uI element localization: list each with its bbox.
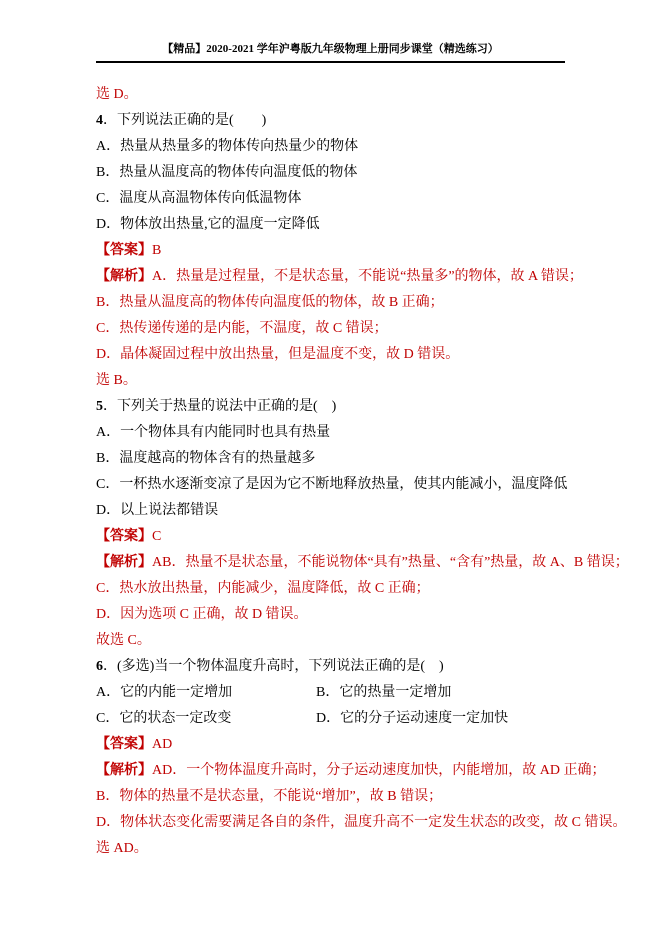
line-text: C．一杯热水逐渐变凉了是因为它不断地释放热量，使其内能减小，温度降低	[96, 477, 567, 492]
question-6-option-d: D．它的分子运动速度一定加快	[316, 711, 508, 726]
answer-value: B	[152, 243, 161, 258]
question-4-option-a: A．热量从热量多的物体传向热量少的物体	[96, 134, 616, 160]
question-6-analysis-b: B．物体的热量不是状态量，不能说“增加”，故 B 错误；	[96, 784, 616, 810]
line-text: ．(多选)当一个物体温度升高时，下列说法正确的是( )	[103, 659, 444, 674]
answer-value: AD	[152, 737, 172, 752]
line-text: B．物体的热量不是状态量，不能说“增加”，故 B 错误；	[96, 789, 442, 804]
header-divider-line	[96, 61, 565, 63]
document-page: 【精品】2020-2021 学年沪粤版九年级物理上册同步课堂（精选练习） 选 D…	[0, 0, 661, 935]
question-6-options-row-cd: C．它的状态一定改变D．它的分子运动速度一定加快	[96, 706, 616, 732]
analysis-label: 【解析】	[96, 269, 152, 284]
line-text: 选 D。	[96, 87, 138, 102]
line-text: ．下列说法正确的是( )	[103, 113, 266, 128]
question-6-final-choice: 选 AD。	[96, 836, 616, 862]
line-text: 选 B。	[96, 373, 137, 388]
question-5-option-d: D．以上说法都错误	[96, 498, 616, 524]
line-text: B．热量从温度高的物体传向温度低的物体，故 B 正确；	[96, 295, 444, 310]
question-5-answer: 【答案】C	[96, 524, 616, 550]
line-text: D．物体放出热量,它的温度一定降低	[96, 217, 320, 232]
question-6-option-a: A．它的内能一定增加	[96, 680, 316, 706]
question-5-analysis-d: D．因为选项 C 正确，故 D 错误。	[96, 602, 616, 628]
question-6-option-c: C．它的状态一定改变	[96, 706, 316, 732]
question-5-final-choice: 故选 C。	[96, 628, 616, 654]
line-text: AB．热量不是状态量，不能说物体“具有”热量、“含有”热量，故 A、B 错误；	[152, 555, 629, 570]
question-4-analysis-b: B．热量从温度高的物体传向温度低的物体，故 B 正确；	[96, 290, 616, 316]
question-5-analysis-ab: 【解析】AB．热量不是状态量，不能说物体“具有”热量、“含有”热量，故 A、B …	[96, 550, 616, 576]
question-6-analysis-ad: 【解析】AD．一个物体温度升高时，分子运动速度加快，内能增加，故 AD 正确；	[96, 758, 616, 784]
question-6-option-b: B．它的热量一定增加	[316, 685, 451, 700]
question-number: 5	[96, 399, 103, 414]
question-6-answer: 【答案】AD	[96, 732, 616, 758]
question-4-option-c: C．温度从高温物体传向低温物体	[96, 186, 616, 212]
answer-choice-line: 选 D。	[96, 82, 616, 108]
line-text: ．下列关于热量的说法中正确的是( )	[103, 399, 336, 414]
question-5-option-b: B．温度越高的物体含有的热量越多	[96, 446, 616, 472]
question-5-option-a: A．一个物体具有内能同时也具有热量	[96, 420, 616, 446]
line-text: B．温度越高的物体含有的热量越多	[96, 451, 315, 466]
line-text: D．物体状态变化需要满足各自的条件，温度升高不一定发生状态的改变，故 C 错误。	[96, 815, 626, 830]
line-text: 故选 C。	[96, 633, 151, 648]
question-6-stem: 6．(多选)当一个物体温度升高时，下列说法正确的是( )	[96, 654, 616, 680]
answer-value: C	[152, 529, 161, 544]
question-4-stem: 4．下列说法正确的是( )	[96, 108, 616, 134]
line-text: A．一个物体具有内能同时也具有热量	[96, 425, 330, 440]
line-text: B．热量从温度高的物体传向温度低的物体	[96, 165, 357, 180]
question-6-analysis-d: D．物体状态变化需要满足各自的条件，温度升高不一定发生状态的改变，故 C 错误。	[96, 810, 616, 836]
question-5-stem: 5．下列关于热量的说法中正确的是( )	[96, 394, 616, 420]
line-text: C．温度从高温物体传向低温物体	[96, 191, 301, 206]
question-number: 4	[96, 113, 103, 128]
line-text: C．热传递传递的是内能，不温度，故 C 错误；	[96, 321, 388, 336]
question-4-final-choice: 选 B。	[96, 368, 616, 394]
line-text: A．热量是过程量，不是状态量，不能说“热量多”的物体，故 A 错误；	[152, 269, 583, 284]
line-text: D．晶体凝固过程中放出热量，但是温度不变，故 D 错误。	[96, 347, 459, 362]
page-header-title: 【精品】2020-2021 学年沪粤版九年级物理上册同步课堂（精选练习）	[0, 40, 661, 56]
answer-label: 【答案】	[96, 737, 152, 752]
line-text: A．热量从热量多的物体传向热量少的物体	[96, 139, 358, 154]
question-4-analysis-c: C．热传递传递的是内能，不温度，故 C 错误；	[96, 316, 616, 342]
answer-label: 【答案】	[96, 529, 152, 544]
line-text: D．以上说法都错误	[96, 503, 218, 518]
question-4-answer: 【答案】B	[96, 238, 616, 264]
question-4-analysis-d: D．晶体凝固过程中放出热量，但是温度不变，故 D 错误。	[96, 342, 616, 368]
question-4-analysis-a: 【解析】A．热量是过程量，不是状态量，不能说“热量多”的物体，故 A 错误；	[96, 264, 616, 290]
question-4-option-b: B．热量从温度高的物体传向温度低的物体	[96, 160, 616, 186]
analysis-label: 【解析】	[96, 763, 152, 778]
question-4-option-d: D．物体放出热量,它的温度一定降低	[96, 212, 616, 238]
answer-label: 【答案】	[96, 243, 152, 258]
line-text: AD．一个物体温度升高时，分子运动速度加快，内能增加，故 AD 正确；	[152, 763, 605, 778]
question-5-analysis-c: C．热水放出热量，内能减少，温度降低，故 C 正确；	[96, 576, 616, 602]
question-number: 6	[96, 659, 103, 674]
line-text: C．热水放出热量，内能减少，温度降低，故 C 正确；	[96, 581, 430, 596]
analysis-label: 【解析】	[96, 555, 152, 570]
question-5-option-c: C．一杯热水逐渐变凉了是因为它不断地释放热量，使其内能减小，温度降低	[96, 472, 616, 498]
line-text: 选 AD。	[96, 841, 148, 856]
line-text: D．因为选项 C 正确，故 D 错误。	[96, 607, 308, 622]
question-6-options-row-ab: A．它的内能一定增加B．它的热量一定增加	[96, 680, 616, 706]
document-body: 选 D。 4．下列说法正确的是( ) A．热量从热量多的物体传向热量少的物体 B…	[96, 82, 616, 862]
